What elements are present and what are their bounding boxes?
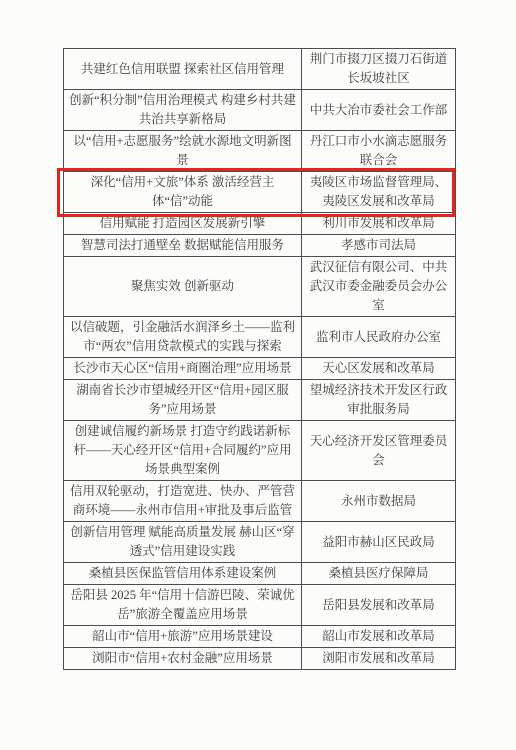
project-cell: 桑植县医保监管信用体系建设案例: [64, 563, 302, 585]
table-row: 桑植县医保监管信用体系建设案例桑植县医疗保障局: [64, 563, 456, 585]
org-cell: 孝感市司法局: [302, 235, 456, 257]
org-cell: 望城经济技术开发区行政审批服务局: [302, 380, 456, 421]
project-cell: 以信破题，引金融活水润泽乡土——监利市“两农”信用贷款模式的实践与探索: [64, 317, 302, 358]
table-row: 创新信用管理 赋能高质量发展 赫山区“穿透式”信用建设实践益阳市赫山区民政局: [64, 522, 456, 563]
org-cell: 丹江口市小水滴志愿服务联合会: [302, 131, 456, 172]
org-cell: 浏阳市发展和改革局: [302, 648, 456, 670]
table-row: 创新“积分制”信用治理模式 构建乡村共建共治共享新格局中共大冶市委社会工作部: [64, 90, 456, 131]
org-cell: 荆门市掇刀区掇刀石街道长坂坡社区: [302, 49, 456, 90]
project-cell: 创新信用管理 赋能高质量发展 赫山区“穿透式”信用建设实践: [64, 522, 302, 563]
project-cell: 信用双轮驱动，打造宽进、快办、严管营商环境——永州市信用+审批及事后监管: [64, 481, 302, 522]
org-cell: 中共大冶市委社会工作部: [302, 90, 456, 131]
table-row: 以“信用+志愿服务”绘就水源地文明新图景丹江口市小水滴志愿服务联合会: [64, 131, 456, 172]
org-cell: 岳阳县发展和改革局: [302, 585, 456, 626]
table-row: 长沙市天心区“信用+商圈治理”应用场景天心区发展和改革局: [64, 358, 456, 380]
table-row: 湖南省长沙市望城经开区“信用+园区服务”应用场景望城经济技术开发区行政审批服务局: [64, 380, 456, 421]
project-cell: 浏阳市“信用+农村金融”应用场景: [64, 648, 302, 670]
org-cell: 益阳市赫山区民政局: [302, 522, 456, 563]
project-cell: 湖南省长沙市望城经开区“信用+园区服务”应用场景: [64, 380, 302, 421]
table-row: 智慧司法打通壁垒 数据赋能信用服务孝感市司法局: [64, 235, 456, 257]
org-cell: 桑植县医疗保障局: [302, 563, 456, 585]
table-row: 创建诚信履约新场景 打造守约践诺新标杆——天心经开区“信用+合同履约”应用场景典…: [64, 421, 456, 481]
project-cell: 长沙市天心区“信用+商圈治理”应用场景: [64, 358, 302, 380]
table-row: 聚焦实效 创新驱动武汉征信有限公司、中共武汉市委金融委员会办公室: [64, 257, 456, 317]
project-cell: 创新“积分制”信用治理模式 构建乡村共建共治共享新格局: [64, 90, 302, 131]
table-row: 韶山市“信用+旅游”应用场景建设韶山市发展和改革局: [64, 626, 456, 648]
project-cell: 共建红色信用联盟 探索社区信用管理: [64, 49, 302, 90]
org-cell: 武汉征信有限公司、中共武汉市委金融委员会办公室: [302, 257, 456, 317]
table-row: 以信破题，引金融活水润泽乡土——监利市“两农”信用贷款模式的实践与探索监利市人民…: [64, 317, 456, 358]
table-row: 深化“信用+文旅”体系 激活经营主体“信”动能夷陵区市场监督管理局、夷陵区发展和…: [64, 172, 456, 213]
org-cell: 天心区发展和改革局: [302, 358, 456, 380]
org-cell: 天心经济开发区管理委员会: [302, 421, 456, 481]
org-cell: 利川市发展和改革局: [302, 213, 456, 235]
awards-table-body: 共建红色信用联盟 探索社区信用管理荆门市掇刀区掇刀石街道长坂坡社区创新“积分制”…: [64, 49, 456, 670]
table-row: 岳阳县 2025 年“信用十信游巴陵、荣诚优岳”旅游全覆盖应用场景岳阳县发展和改…: [64, 585, 456, 626]
org-cell: 夷陵区市场监督管理局、夷陵区发展和改革局: [302, 172, 456, 213]
table-row: 信用赋能 打造园区发展新引擎利川市发展和改革局: [64, 213, 456, 235]
awards-table: 共建红色信用联盟 探索社区信用管理荆门市掇刀区掇刀石街道长坂坡社区创新“积分制”…: [63, 48, 456, 670]
table-row: 浏阳市“信用+农村金融”应用场景浏阳市发展和改革局: [64, 648, 456, 670]
project-cell: 以“信用+志愿服务”绘就水源地文明新图景: [64, 131, 302, 172]
project-cell: 韶山市“信用+旅游”应用场景建设: [64, 626, 302, 648]
project-cell: 深化“信用+文旅”体系 激活经营主体“信”动能: [64, 172, 302, 213]
org-cell: 监利市人民政府办公室: [302, 317, 456, 358]
org-cell: 韶山市发展和改革局: [302, 626, 456, 648]
project-cell: 创建诚信履约新场景 打造守约践诺新标杆——天心经开区“信用+合同履约”应用场景典…: [64, 421, 302, 481]
project-cell: 信用赋能 打造园区发展新引擎: [64, 213, 302, 235]
project-cell: 智慧司法打通壁垒 数据赋能信用服务: [64, 235, 302, 257]
table-row: 共建红色信用联盟 探索社区信用管理荆门市掇刀区掇刀石街道长坂坡社区: [64, 49, 456, 90]
project-cell: 岳阳县 2025 年“信用十信游巴陵、荣诚优岳”旅游全覆盖应用场景: [64, 585, 302, 626]
project-cell: 聚焦实效 创新驱动: [64, 257, 302, 317]
document-page: 共建红色信用联盟 探索社区信用管理荆门市掇刀区掇刀石街道长坂坡社区创新“积分制”…: [0, 0, 516, 750]
org-cell: 永州市数据局: [302, 481, 456, 522]
table-row: 信用双轮驱动，打造宽进、快办、严管营商环境——永州市信用+审批及事后监管永州市数…: [64, 481, 456, 522]
